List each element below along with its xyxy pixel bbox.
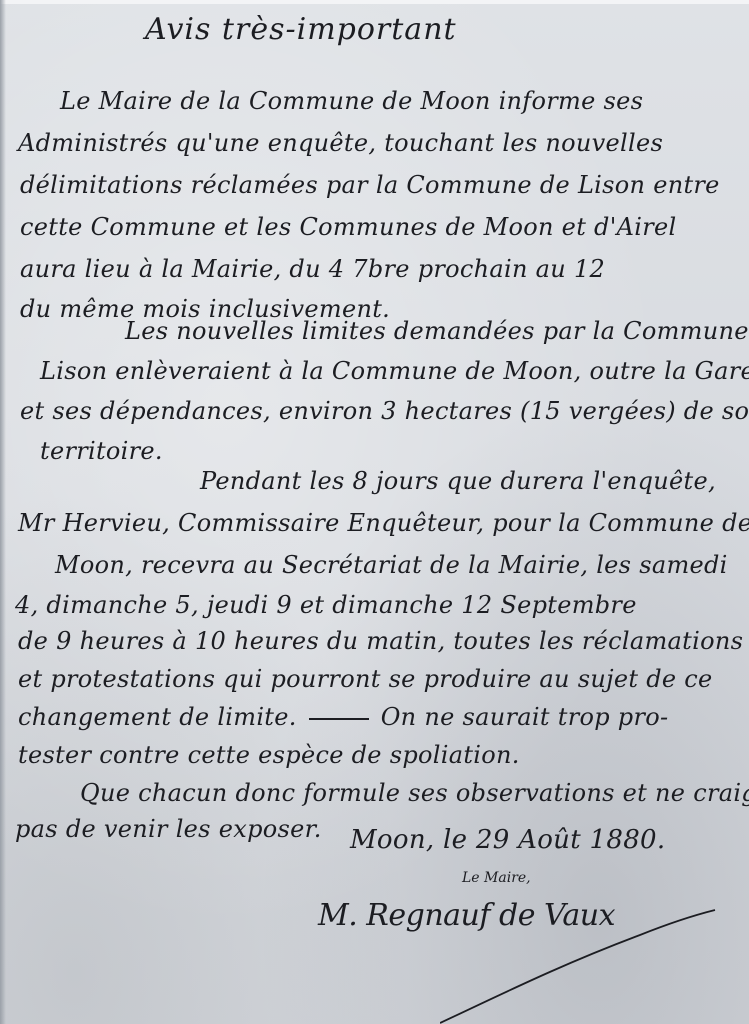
text-line: Que chacun donc formule ses observations… — [80, 778, 749, 808]
dash-separator — [309, 718, 369, 720]
text-line: pas de venir les exposer. — [15, 814, 322, 844]
text-line: et protestations qui pourront se produir… — [18, 664, 713, 694]
signatory-title: Le Maire, — [462, 870, 531, 886]
text-line: 4, dimanche 5, jeudi 9 et dimanche 12 Se… — [15, 590, 637, 620]
text-line: de 9 heures à 10 heures du matin, toutes… — [18, 626, 743, 656]
text-line: changement de limite.On ne saurait trop … — [18, 702, 668, 732]
document-title: Avis très-important — [145, 12, 457, 47]
page-left-edge — [0, 0, 6, 1024]
text-line: territoire. — [40, 436, 163, 466]
text-line: Lison enlèveraient à la Commune de Moon,… — [40, 356, 749, 386]
text-line: Le Maire de la Commune de Moon informe s… — [60, 86, 643, 116]
text-line: aura lieu à la Mairie, du 4 7bre prochai… — [20, 254, 605, 284]
text-line: Administrés qu'une enquête, touchant les… — [18, 128, 663, 158]
signature-flourish-icon — [440, 905, 720, 1024]
text-line: Mr Hervieu, Commissaire Enquêteur, pour … — [18, 508, 749, 538]
page-top-edge — [0, 0, 749, 4]
text-line: tester contre cette espèce de spoliation… — [18, 740, 520, 770]
place-date: Moon, le 29 Août 1880. — [350, 825, 665, 855]
scanned-document-page: Avis très-important Le Maire de la Commu… — [0, 0, 749, 1024]
text-fragment: changement de limite. — [18, 703, 297, 731]
text-fragment: On ne saurait trop pro- — [381, 703, 669, 731]
text-line: cette Commune et les Communes de Moon et… — [20, 212, 676, 242]
text-line: et ses dépendances, environ 3 hectares (… — [20, 396, 749, 426]
text-line: Les nouvelles limites demandées par la C… — [125, 316, 749, 346]
text-line: Pendant les 8 jours que durera l'enquête… — [200, 466, 716, 496]
text-line: Moon, recevra au Secrétariat de la Mairi… — [55, 550, 728, 580]
text-line: délimitations réclamées par la Commune d… — [20, 170, 720, 200]
